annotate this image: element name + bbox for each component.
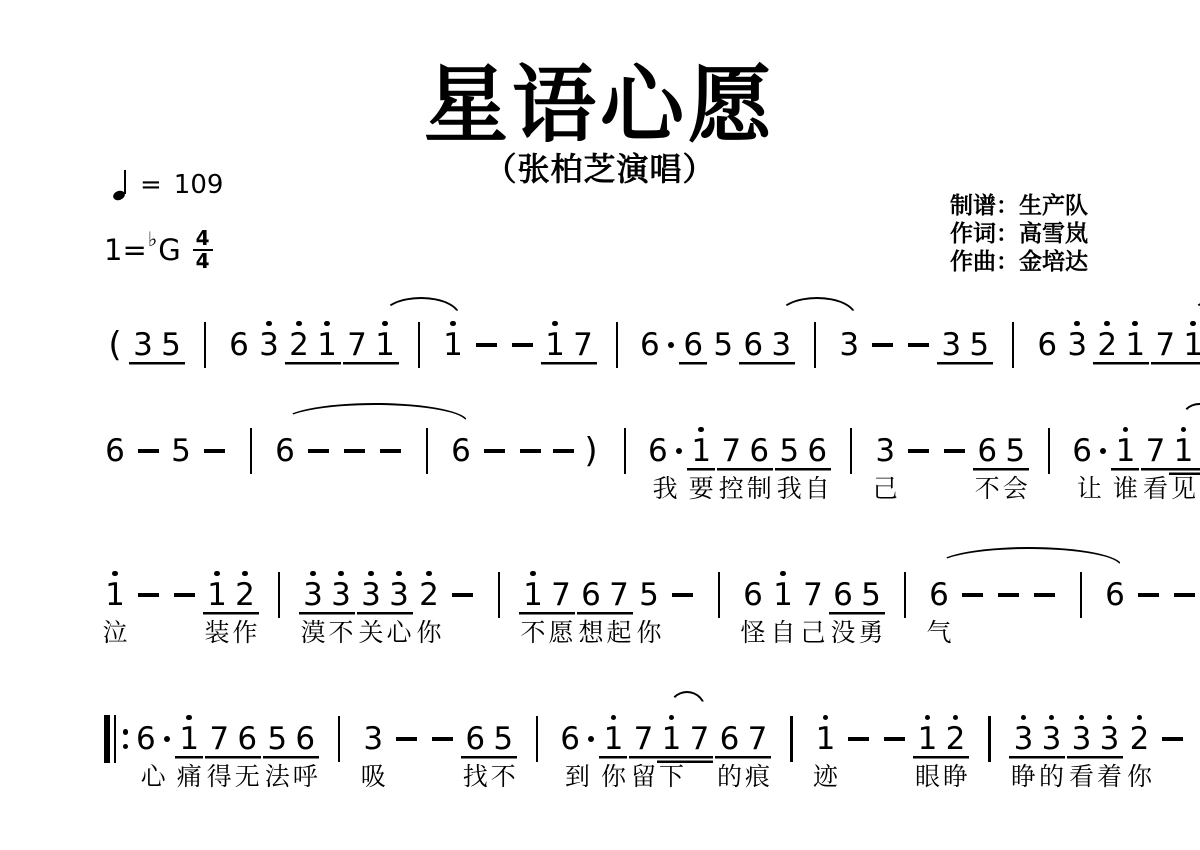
note: 3不 (327, 564, 355, 650)
barline (611, 420, 639, 468)
dash (472, 314, 500, 362)
repeat-start-glyph (101, 722, 131, 756)
note-glyph: 6 (637, 328, 677, 362)
note-glyph: 7 (569, 328, 597, 362)
octave-dot-slot (994, 564, 1022, 578)
lyric: 作 (231, 614, 259, 650)
octave-dot-slot (1030, 564, 1058, 578)
octave-dot-slot (739, 564, 767, 578)
octave-dot-slot (635, 564, 663, 578)
note-glyph: 3 (1095, 722, 1123, 756)
lyric: 己 (871, 470, 899, 506)
score-line-3: 1泣1装2作3漠3不3关3心2你1不7愿6想7起5你6怪1自7己6没5勇6气6 (100, 546, 1105, 650)
barline (1067, 564, 1095, 612)
dash-glyph (994, 578, 1022, 612)
octave-dot (415, 564, 443, 578)
lyric: 着 (1095, 758, 1123, 794)
lyric: 漠 (299, 614, 327, 650)
lyric: 无 (233, 758, 261, 794)
slur-tie-arc (668, 691, 706, 710)
note-glyph: 6 (739, 328, 767, 362)
dash-glyph (392, 722, 420, 756)
note: 7 (569, 314, 597, 362)
note-glyph: 6 (133, 722, 173, 756)
barline-glyph (1067, 578, 1095, 612)
octave-dot (313, 314, 341, 328)
octave-dot-slot (1033, 314, 1061, 328)
octave-dot (1009, 708, 1037, 722)
beam-group: 71 (1151, 314, 1200, 362)
augmentation-dot (588, 736, 595, 743)
octave-dot-slot (291, 708, 319, 722)
lyric: 要 (687, 470, 715, 506)
beam-group: 7留1下7 (629, 708, 713, 794)
beam-group: (35 (101, 314, 185, 362)
note-glyph: 3 (937, 328, 965, 362)
dash-glyph (844, 722, 872, 756)
note-glyph: 2 (415, 578, 443, 612)
note-glyph: 1 (371, 328, 399, 362)
note-glyph: 2 (285, 328, 313, 362)
note-glyph: 7 (1151, 328, 1179, 362)
dash (304, 420, 332, 468)
beam-group: 5法6呼 (263, 708, 319, 794)
parenthesis: ) (577, 420, 605, 468)
octave-dot-slot (569, 314, 597, 328)
barline (891, 564, 919, 612)
key-prefix: 1= (104, 233, 147, 267)
note: 1 (1121, 314, 1149, 362)
note-glyph: 1 (313, 328, 341, 362)
note: 3漠 (299, 564, 327, 650)
note-glyph: 1 (1169, 434, 1197, 468)
note: 6 (637, 314, 677, 362)
beam-group: 7控6制 (717, 420, 773, 506)
note-glyph: 5 (857, 578, 885, 612)
beam-group: 7得6无 (205, 708, 261, 794)
note-glyph: 5 (167, 434, 195, 468)
slur-tie-arc (1190, 297, 1200, 316)
note-glyph: 5 (635, 578, 663, 612)
note: 6找 (461, 708, 489, 794)
note: 3 (937, 314, 965, 362)
octave-dot-slot (233, 708, 261, 722)
note-glyph: 6 (645, 434, 685, 468)
dash-glyph (1170, 578, 1198, 612)
note-glyph: 2 (231, 578, 259, 612)
octave-dot-slot (844, 708, 872, 722)
octave-dot-slot (205, 708, 233, 722)
lyric: 心 (133, 758, 173, 794)
note-row: (3563217111766563335632171117 (100, 314, 1105, 362)
octave-dot-slot (1001, 420, 1029, 434)
flat-icon: ♭ (148, 227, 157, 251)
octave-dot-slot (880, 708, 908, 722)
note: 5 (709, 314, 737, 362)
note (549, 420, 577, 468)
octave-dot-slot (767, 314, 795, 328)
octave-dot-slot (1151, 314, 1179, 328)
note: 5 (965, 314, 993, 362)
lyric: 我 (775, 470, 803, 506)
note: 6 (225, 314, 253, 362)
dash (134, 420, 162, 468)
lyric: 勇 (857, 614, 885, 650)
barline (705, 564, 733, 612)
lyric: 的 (1037, 758, 1065, 794)
note-glyph: 6 (1033, 328, 1061, 362)
barline-glyph (837, 434, 865, 468)
octave-dot (941, 708, 969, 722)
note-glyph: 5 (263, 722, 291, 756)
note: 1 (541, 314, 569, 362)
note: 3看 (1067, 708, 1095, 794)
barline-glyph (413, 434, 441, 468)
note-glyph: 6 (291, 722, 319, 756)
note-glyph: 6 (271, 434, 299, 468)
dash (904, 420, 932, 468)
duration-dash (549, 434, 577, 468)
dash (508, 314, 536, 362)
note-glyph: ) (577, 434, 605, 468)
dash-glyph (340, 434, 368, 468)
octave-dot (385, 564, 413, 578)
augmentation-dot (668, 342, 675, 349)
note: 7看 (1141, 420, 1169, 506)
lyric: 你 (635, 614, 663, 650)
note: 1眼 (913, 708, 941, 794)
credit-line: 作曲：金培达 (950, 248, 1088, 276)
octave-dot-slot (340, 420, 368, 434)
note: 1装 (203, 564, 231, 650)
note-glyph: 6 (925, 578, 953, 612)
octave-dot-slot (904, 314, 932, 328)
octave-dot-slot (133, 708, 173, 722)
octave-dot (101, 564, 129, 578)
note: 1痛 (175, 708, 203, 794)
note-glyph: 6 (829, 578, 857, 612)
octave-dot-slot (508, 314, 536, 328)
note-glyph: 5 (1001, 434, 1029, 468)
note: 5勇 (857, 564, 885, 650)
lyric: 痕 (743, 758, 771, 794)
dash-glyph (958, 578, 986, 612)
note-glyph: 5 (157, 328, 185, 362)
note-glyph: 1 (1111, 434, 1139, 468)
barline (1195, 708, 1200, 756)
note-glyph: 6 (557, 722, 597, 756)
octave-dot-slot (516, 420, 544, 434)
lyric: 起 (605, 614, 633, 650)
octave-dot-slot (489, 708, 517, 722)
note: 7留 (629, 708, 657, 794)
lyric: 装 (203, 614, 231, 650)
score: (35632171117665633356321711176566)6我1要7控… (100, 296, 1105, 834)
note-glyph: 6 (461, 722, 489, 756)
note: 6心 (133, 708, 173, 794)
dash-glyph (508, 328, 536, 362)
octave-dot-slot (134, 420, 162, 434)
dash (1134, 564, 1162, 612)
note-glyph: 2 (1125, 722, 1153, 756)
note-row: 6心1痛7得6无5法6呼3吸6找5不6到1你7留1下76的7痕1迹1眼2睁3睁3… (100, 708, 1105, 794)
note: 6气 (925, 564, 953, 650)
beam-group: 1不7愿 (519, 564, 575, 650)
beam-group: 21 (285, 314, 341, 362)
octave-dot-slot (679, 314, 707, 328)
octave-dot-slot (799, 564, 827, 578)
quarter-note-icon (113, 170, 128, 200)
octave-dot (203, 564, 231, 578)
dash (392, 708, 420, 756)
octave-dot-slot (715, 708, 743, 722)
note-glyph: 6 (233, 722, 261, 756)
note: 6 (739, 314, 767, 362)
note: 7控 (717, 420, 745, 506)
note: 3 (767, 314, 795, 362)
octave-dot (913, 708, 941, 722)
lyric: 找 (461, 758, 489, 794)
barline-glyph (705, 578, 733, 612)
lyric: 你 (415, 614, 443, 650)
octave-dot (1111, 420, 1139, 434)
lyric: 不 (519, 614, 547, 650)
beam-group: 71 (343, 314, 399, 362)
key-tonic: G (158, 233, 180, 267)
beam-group: 63 (739, 314, 795, 362)
octave-dot-slot (461, 708, 489, 722)
barline-glyph (999, 328, 1027, 362)
note: 5会 (1001, 420, 1029, 506)
beam-group: 35 (937, 314, 993, 362)
octave-dot-slot (472, 314, 500, 328)
barline-glyph (1195, 722, 1200, 756)
note-glyph: 3 (255, 328, 283, 362)
note: 7愿 (547, 564, 575, 650)
repeat-dots (123, 729, 129, 749)
beam-group: 5我6自 (775, 420, 831, 506)
octave-dot (231, 564, 259, 578)
octave-dot-slot (547, 564, 575, 578)
note: 1 (313, 314, 341, 362)
barline-glyph (325, 722, 353, 756)
beam-group: 6不5会 (973, 420, 1029, 506)
augmentation-dot (1100, 448, 1107, 455)
repeat-start-sign (101, 708, 131, 756)
note-glyph: 7 (1141, 434, 1169, 468)
note-glyph: 1 (687, 434, 715, 468)
octave-dot (439, 314, 467, 328)
slur-tie-arc (282, 403, 468, 422)
lyric: 没 (829, 614, 857, 650)
octave-dot (357, 564, 385, 578)
barline (837, 420, 865, 468)
dash-glyph (304, 434, 332, 468)
note: 7己 (799, 564, 827, 650)
barline-glyph (801, 328, 829, 362)
note: 7痕 (743, 708, 771, 794)
lyric: 到 (557, 758, 597, 794)
note: 2你 (1125, 708, 1153, 794)
note-row: 1泣1装2作3漠3不3关3心2你1不7愿6想7起5你6怪1自7己6没5勇6气6 (100, 564, 1105, 650)
lyric: 痛 (175, 758, 203, 794)
note: 6自 (803, 420, 831, 506)
dash (428, 708, 456, 756)
lyric: 不 (973, 470, 1001, 506)
lyric: 控 (717, 470, 745, 506)
lyric: 眼 (913, 758, 941, 794)
beam-group: 6没5勇 (829, 564, 885, 650)
octave-dot (1063, 314, 1091, 328)
slur-tie-arc (778, 297, 856, 316)
octave-dot (769, 564, 797, 578)
lyric: 你 (1125, 758, 1153, 794)
lyric: 得 (205, 758, 233, 794)
octave-dot-slot (973, 420, 1001, 434)
octave-dot-slot (392, 708, 420, 722)
lyric: 己 (799, 614, 827, 650)
lyric: 自 (803, 470, 831, 506)
barline-glyph (265, 578, 293, 612)
octave-dot (541, 314, 569, 328)
note-glyph: 1 (769, 578, 797, 612)
note: 3睁 (1009, 708, 1037, 794)
note-glyph: 1 (913, 722, 941, 756)
note: 6怪 (739, 564, 767, 650)
note-glyph: 7 (605, 578, 633, 612)
octave-dot-slot (745, 420, 773, 434)
barline (1035, 420, 1063, 468)
barline (777, 708, 805, 756)
octave-dot (1169, 420, 1197, 434)
note: 6我 (645, 420, 685, 506)
lyric: 我 (645, 470, 685, 506)
octave-dot-slot (605, 564, 633, 578)
note-glyph: 3 (835, 328, 863, 362)
note-glyph: 3 (871, 434, 899, 468)
dash (448, 564, 476, 612)
note-glyph: 6 (101, 434, 129, 468)
barline-glyph (1035, 434, 1063, 468)
dash (668, 564, 696, 612)
note: 3吸 (359, 708, 387, 794)
octave-dot-slot (101, 420, 129, 434)
note-glyph: 6 (973, 434, 1001, 468)
octave-dot-slot (448, 564, 476, 578)
note-glyph: 7 (205, 722, 233, 756)
octave-dot-slot (629, 708, 657, 722)
note: 5不 (489, 708, 517, 794)
barline-glyph (891, 578, 919, 612)
lyric: 泣 (101, 614, 129, 650)
lyric: 睁 (941, 758, 969, 794)
octave-dot (371, 314, 399, 328)
note: 3关 (357, 564, 385, 650)
dash (940, 420, 968, 468)
beam-group: 21 (1093, 314, 1149, 362)
note: 3 (129, 314, 157, 362)
octave-dot (657, 708, 685, 722)
dash (480, 420, 508, 468)
score-line-2: 6566)6我1要7控6制5我6自3己6不5会6让1谁7看1见76我7哭 (100, 402, 1105, 506)
time-denominator: 4 (193, 251, 213, 272)
note: 6 (1101, 564, 1129, 612)
dash-glyph (668, 578, 696, 612)
dash (868, 314, 896, 362)
note: 1 (371, 314, 399, 362)
dash-glyph (880, 722, 908, 756)
note-glyph: 7 (685, 722, 713, 756)
octave-dot (1095, 708, 1123, 722)
note-glyph: 5 (965, 328, 993, 362)
octave-dot-slot (668, 564, 696, 578)
note-row: 6566)6我1要7控6制5我6自3己6不5会6让1谁7看1见76我7哭 (100, 420, 1105, 506)
octave-dot (1179, 314, 1200, 328)
note-glyph: 3 (359, 722, 387, 756)
octave-dot (687, 420, 715, 434)
note-glyph: 3 (767, 328, 795, 362)
note: 6让 (1069, 420, 1109, 506)
octave-dot-slot (157, 314, 185, 328)
note-glyph: 3 (1009, 722, 1037, 756)
note-glyph: 1 (175, 722, 203, 756)
note-glyph: 6 (1101, 578, 1129, 612)
octave-dot-slot (739, 314, 767, 328)
octave-dot-slot (871, 420, 899, 434)
note: 2作 (231, 564, 259, 650)
beam-group: 6想7起 (577, 564, 633, 650)
note-glyph: 6 (1069, 434, 1109, 468)
barline-glyph (777, 722, 805, 756)
beam-group: 1眼2睁 (913, 708, 969, 794)
note: 2 (1093, 314, 1121, 362)
octave-dot-slot (685, 708, 713, 722)
note: 5我 (775, 420, 803, 506)
dash-glyph (134, 578, 162, 612)
dash (994, 564, 1022, 612)
barline (325, 708, 353, 756)
barline-glyph (611, 434, 639, 468)
octave-dot-slot (271, 420, 299, 434)
octave-dot-slot (129, 314, 157, 328)
lyric: 下 (657, 758, 685, 794)
note: 1自 (769, 564, 797, 650)
note: 3的 (1037, 708, 1065, 794)
octave-dot-slot (868, 314, 896, 328)
note-glyph: 3 (299, 578, 327, 612)
dash (516, 420, 544, 468)
octave-dot (1121, 314, 1149, 328)
lyric: 迹 (811, 758, 839, 794)
note-glyph: 2 (941, 722, 969, 756)
octave-dot (285, 314, 313, 328)
octave-dot (175, 708, 203, 722)
note: 7得 (205, 708, 233, 794)
note-glyph: 2 (1093, 328, 1121, 362)
beam-group: 3睁3的 (1009, 708, 1065, 794)
note-glyph: 5 (489, 722, 517, 756)
octave-dot-slot (937, 314, 965, 328)
octave-dot-slot (359, 708, 387, 722)
dash (880, 708, 908, 756)
lyric: 让 (1069, 470, 1109, 506)
note: 6没 (829, 564, 857, 650)
dash (904, 314, 932, 362)
beam-group: 6的7痕 (715, 708, 771, 794)
dash (844, 708, 872, 756)
note: 6不 (973, 420, 1001, 506)
octave-dot-slot (225, 314, 253, 328)
